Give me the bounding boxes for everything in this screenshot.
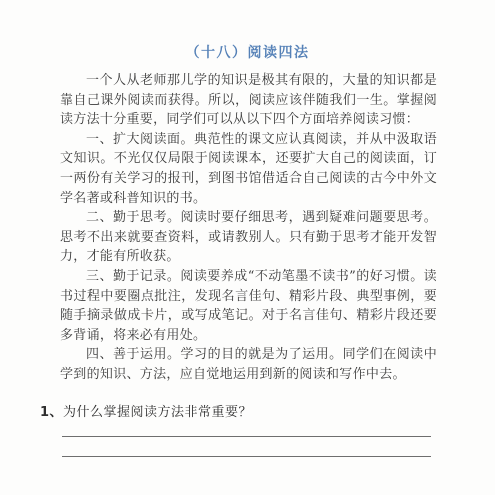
- answer-blank-line-1: [62, 436, 431, 437]
- question-1: 1、为什么掌握阅读方法非常重要？: [40, 404, 437, 422]
- question-text: 为什么掌握阅读方法非常重要？: [63, 405, 252, 420]
- passage-paragraph-intro: 一个人从老师那儿学的知识是极其有限的，大量的知识都是靠自己课外阅读而获得。所以，…: [60, 71, 437, 130]
- passage-paragraph-method-1: 一、扩大阅读面。典范性的课文应认真阅读，并从中汲取语文知识。不光仅仅局限于阅读课…: [60, 130, 437, 208]
- answer-blank-line-2: [62, 456, 431, 457]
- worksheet-page: （十八）阅读四法 一个人从老师那儿学的知识是极其有限的，大量的知识都是靠自己课外…: [0, 0, 495, 495]
- passage-paragraph-method-2: 二、勤于思考。阅读时要仔细思考，遇到疑难问题要思考。思考不出来就要查资料，或请教…: [60, 208, 437, 267]
- answer-area: [62, 436, 431, 457]
- passage-paragraph-method-4: 四、善于运用。学习的目的就是为了运用。同学们在阅读中学到的知识、方法，应自觉地运…: [60, 345, 437, 384]
- question-number: 1、: [40, 405, 63, 420]
- reading-passage: 一个人从老师那儿学的知识是极其有限的，大量的知识都是靠自己课外阅读而获得。所以，…: [60, 71, 437, 385]
- passage-paragraph-method-3: 三、勤于记录。阅读要养成“不动笔墨不读书”的好习惯。读书过程中要圈点批注，发现名…: [60, 267, 437, 345]
- section-title: （十八）阅读四法: [0, 42, 495, 62]
